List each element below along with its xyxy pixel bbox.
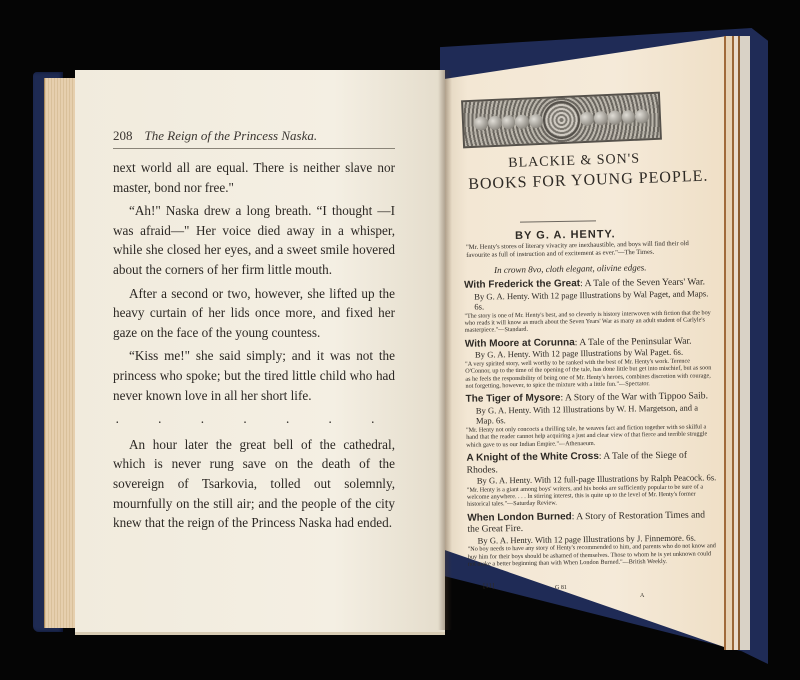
book-review: "Mr. Henty is a giant among boys' writer…	[467, 483, 717, 509]
paragraph: next world all are equal. There is neith…	[113, 158, 395, 197]
engraved-header-ornament-icon	[461, 92, 662, 149]
paragraph: An hour later the great bell of the cath…	[113, 435, 395, 533]
book-review: "Mr. Henty not only concocts a thrilling…	[466, 423, 716, 449]
book-subtitle: : A Tale of the Seven Years' War.	[580, 276, 705, 289]
gathering-letter: A	[640, 593, 644, 599]
printer-code: G 81	[555, 585, 567, 591]
book-entry: When London Burned: A Story of Restorati…	[467, 509, 718, 568]
running-header: 208 The Reign of the Princess Naska.	[113, 128, 395, 149]
book-title: With Moore at Corunna	[465, 337, 575, 350]
book-list: With Frederick the Great: A Tale of the …	[464, 276, 718, 572]
page-edges-left	[44, 78, 79, 628]
page-number: 208	[113, 128, 133, 144]
author-heading: BY G. A. HENTY.	[515, 228, 616, 242]
book-subtitle: : A Tale of the Peninsular War.	[575, 335, 692, 348]
left-page-body: next world all are equal. There is neith…	[113, 158, 395, 537]
book-title: A Knight of the White Cross	[466, 451, 599, 464]
paragraph: “Ah!" Naska drew a long breath. “I thoug…	[113, 201, 395, 279]
book-entry: The Tiger of Mysore: A Story of the War …	[466, 391, 717, 449]
book-entry: With Moore at Corunna: A Tale of the Pen…	[465, 335, 716, 390]
section-separator: . . . . . . .	[113, 409, 395, 429]
book-title: With Frederick the Great	[464, 278, 580, 291]
page-signature: [11]	[483, 582, 495, 590]
gutter	[438, 70, 452, 630]
paragraph: “Kiss me!" she said simply; and it was n…	[113, 346, 395, 405]
book-title: The Tiger of Mysore	[466, 393, 561, 405]
book-title: When London Burned	[467, 511, 572, 523]
book-review: "No boy needs to have any story of Henty…	[468, 543, 718, 569]
page-edges-right	[724, 36, 750, 650]
book-entry: With Frederick the Great: A Tale of the …	[464, 276, 715, 334]
book-review: "A very spirited story, well worthy to b…	[465, 357, 715, 390]
book-review: "The story is one of Mr. Henty's best, a…	[464, 309, 714, 335]
running-head-title: The Reign of the Princess Naska.	[145, 128, 318, 144]
book-entry: A Knight of the White Cross: A Tale of t…	[466, 449, 717, 508]
paragraph: After a second or two, however, she lift…	[113, 284, 395, 343]
